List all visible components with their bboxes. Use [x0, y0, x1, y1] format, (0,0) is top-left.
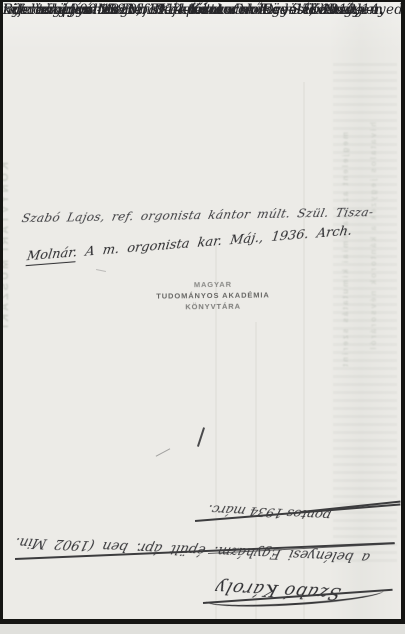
fold-line [303, 82, 305, 619]
library-stamp: MAGYAR TUDOMÁNYOS AKADÉMIA KÖNYVTÁRA [147, 278, 279, 312]
pen-mark [96, 269, 106, 272]
fold-line [255, 322, 257, 619]
scanned-index-card: KÖNYVTÁRI MŰSZAKI megjelent az akadémiai… [3, 2, 401, 619]
bleedthrough-text-right: megjelent az akadémiai kimutatás szerint [341, 132, 350, 462]
stamp-line: KÖNYVTÁRA [147, 300, 279, 312]
reference-name: Molnár. [26, 245, 79, 266]
pen-mark [197, 427, 205, 447]
handwriting-line: Szabó Lajos, ref. orgonista kántor múlt.… [21, 205, 375, 225]
scan-background-strip [0, 624, 405, 634]
bleedthrough-text-left: KÖNYVTÁRI MŰSZAKI [3, 162, 11, 492]
pen-mark [156, 448, 171, 457]
bleedthrough-text-right: hivatalos jegyzék a kántorok névsoráról [369, 122, 378, 542]
stamp-line: MAGYAR [147, 278, 279, 290]
handwriting-line: hiteles ügyének. [3, 2, 123, 18]
